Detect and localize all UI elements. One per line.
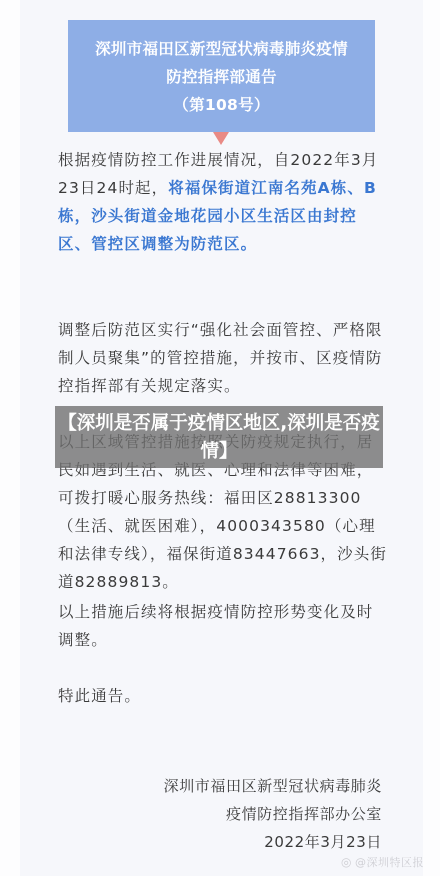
triangle-pointer-icon bbox=[213, 132, 229, 145]
paragraph-4: 以上措施后续将根据疫情防控形势变化及时调整。 bbox=[58, 598, 388, 654]
signature-office: 疫情防控指挥部办公室 bbox=[164, 800, 382, 828]
notice-header-banner: 深圳市福田区新型冠状病毒肺炎疫情 防控指挥部通告 （第108号） bbox=[68, 20, 375, 132]
signature-date: 2022年3月23日 bbox=[164, 828, 382, 856]
source-watermark: ◎@深圳特区报 bbox=[341, 854, 424, 870]
signature-issuer: 深圳市福田区新型冠状病毒肺炎 bbox=[164, 772, 382, 800]
paragraph-1: 根据疫情防控工作进展情况，自2022年3月23日24时起，将福保街道江南名苑A栋… bbox=[58, 146, 388, 258]
notice-title: 防控指挥部通告 bbox=[68, 63, 375, 91]
paragraph-5: 特此通告。 bbox=[58, 682, 388, 710]
article-title-overlay: 【深圳是否属于疫情区地区,深圳是否疫情】 bbox=[55, 406, 383, 468]
notice-number: （第108号） bbox=[68, 91, 375, 119]
weibo-icon: ◎ bbox=[341, 855, 352, 869]
notice-issuer-title: 深圳市福田区新型冠状病毒肺炎疫情 bbox=[68, 35, 375, 63]
watermark-text: @深圳特区报 bbox=[355, 856, 424, 869]
paragraph-2: 调整后防范区实行“强化社会面管控、严格限制人员聚集”的管控措施，并按市、区疫情防… bbox=[58, 316, 388, 400]
signature-block: 深圳市福田区新型冠状病毒肺炎 疫情防控指挥部办公室 2022年3月23日 bbox=[164, 772, 382, 856]
